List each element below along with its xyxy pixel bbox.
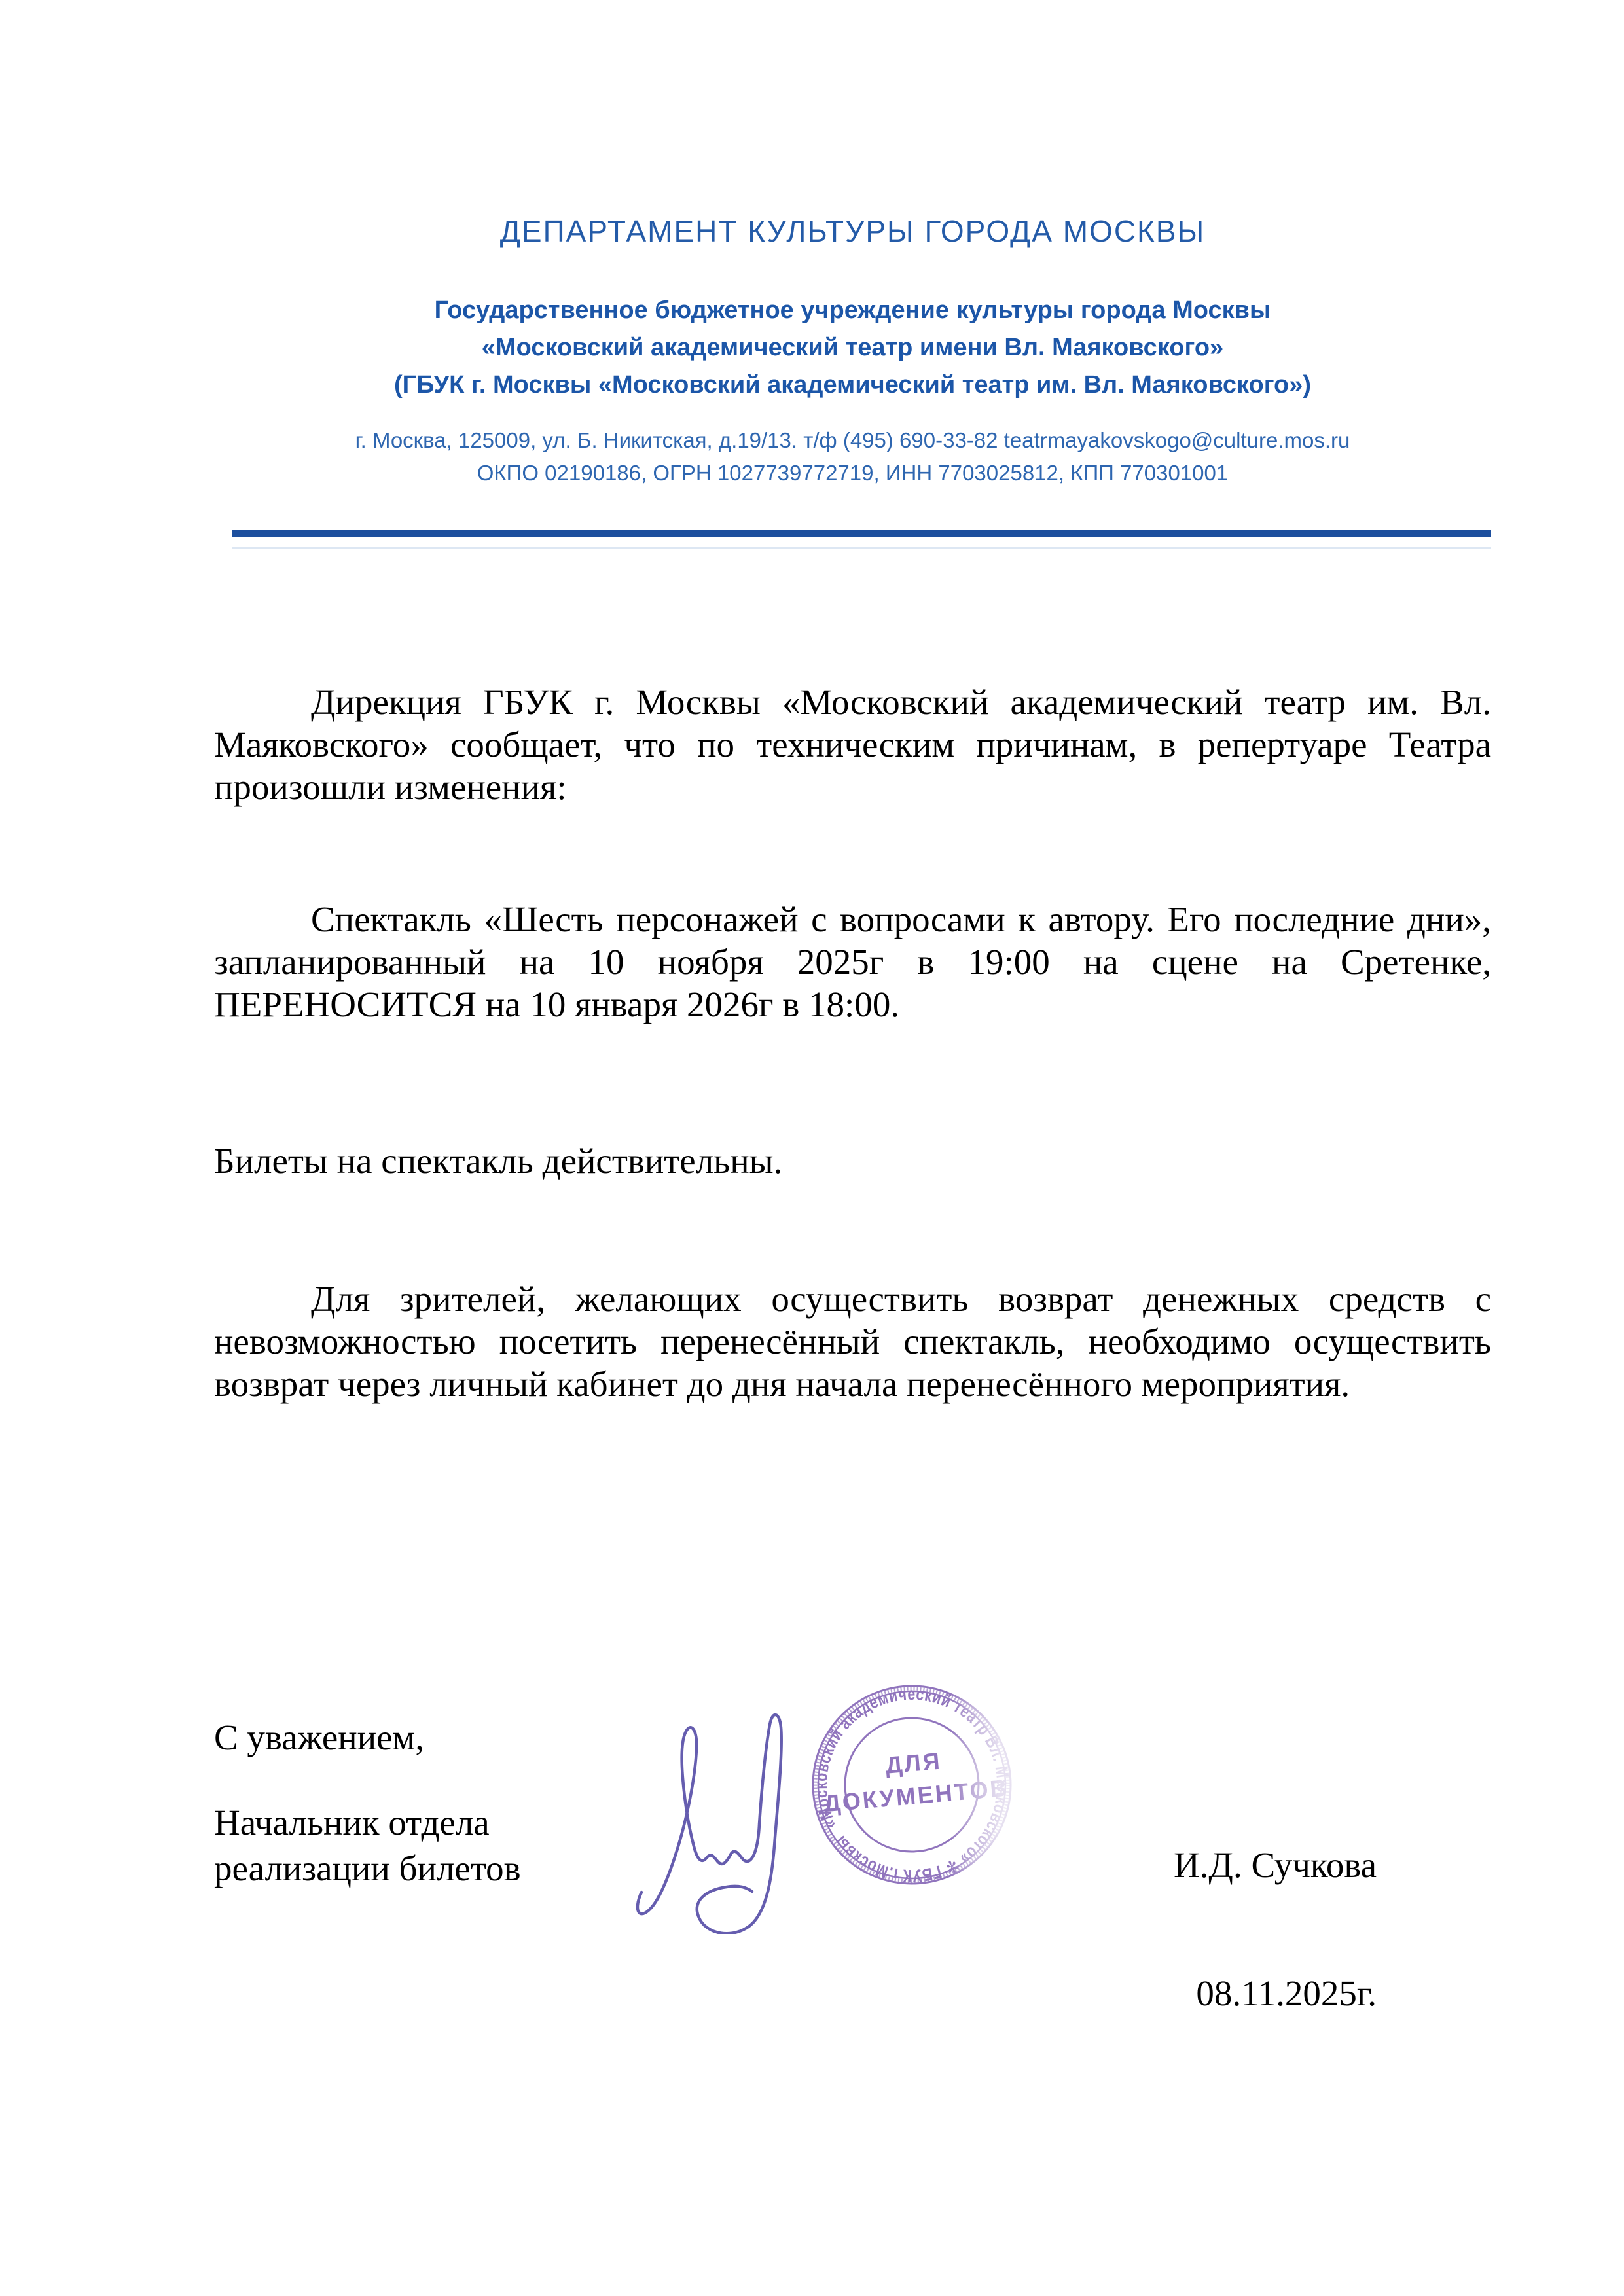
letter-page: ДЕПАРТАМЕНТ КУЛЬТУРЫ ГОРОДА МОСКВЫ Госуд… bbox=[0, 0, 1624, 2296]
department-title: ДЕПАРТАМЕНТ КУЛЬТУРЫ ГОРОДА МОСКВЫ bbox=[214, 213, 1491, 249]
organization-name-block: Государственное бюджетное учреждение кул… bbox=[214, 292, 1491, 404]
org-name-line1: Государственное бюджетное учреждение кул… bbox=[214, 292, 1491, 329]
letter-date: 08.11.2025г. bbox=[1196, 1973, 1377, 2014]
closing-salutation: С уважением, bbox=[214, 1716, 424, 1759]
org-name-line3: (ГБУК г. Москвы «Московский академически… bbox=[214, 367, 1491, 404]
signer-job-title-line2: реализации билетов bbox=[214, 1846, 521, 1892]
contact-address-line: г. Москва, 125009, ул. Б. Никитская, д.1… bbox=[214, 424, 1491, 457]
org-name-line2: «Московский академический театр имени Вл… bbox=[214, 329, 1491, 367]
stamp-center-line1: ДЛЯ bbox=[884, 1747, 943, 1778]
signer-job-title-line1: Начальник отдела bbox=[214, 1800, 521, 1846]
contact-codes-line: ОКПО 02190186, ОГРН 1027739772719, ИНН 7… bbox=[214, 457, 1491, 490]
stamp-center-line2: ДОКУМЕНТОВ bbox=[823, 1774, 1011, 1818]
round-stamp: «Московский академический театр Вл. Маяк… bbox=[792, 1666, 1106, 1914]
contact-info-block: г. Москва, 125009, ул. Б. Никитская, д.1… bbox=[214, 424, 1491, 490]
paragraph-refund-instructions: Для зрителей, желающих осуществить возвр… bbox=[214, 1278, 1491, 1405]
paragraph-tickets-valid: Билеты на спектакль действительны. bbox=[214, 1139, 1491, 1182]
letterhead-divider-shadow bbox=[232, 547, 1491, 549]
signer-name: И.Д. Сучкова bbox=[1174, 1844, 1377, 1886]
paragraph-performance-reschedule: Спектакль «Шесть персонажей с вопросами … bbox=[214, 898, 1491, 1026]
signer-job-title: Начальник отдела реализации билетов bbox=[214, 1800, 521, 1892]
paragraph-repertoire-change: Дирекция ГБУК г. Москвы «Московский акад… bbox=[214, 681, 1491, 808]
letterhead-divider-rule bbox=[232, 530, 1491, 537]
